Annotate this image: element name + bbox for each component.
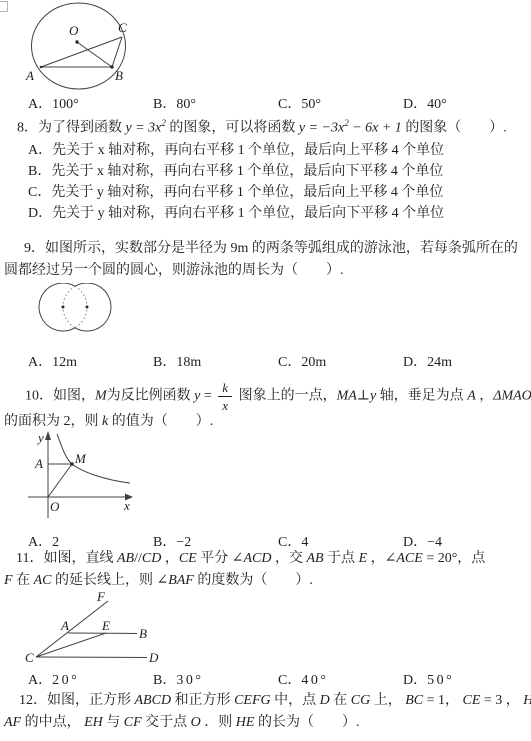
point-A-dot	[40, 66, 43, 69]
text-run: = 3 ，	[480, 693, 523, 708]
text-run: //	[134, 551, 142, 566]
q8-option-d: D．先关于 y 轴对称，再向右平移 1 个单位，最后向下平移 4 个单位	[28, 204, 444, 224]
math-run: CE	[463, 693, 481, 708]
text-run: ．则	[201, 715, 236, 730]
math-run: BAF	[168, 573, 194, 588]
text-run: 平分 ∠	[197, 551, 244, 566]
math-run: E	[359, 551, 368, 566]
left-circle-inner-arc-dotted	[75, 286, 87, 328]
math-run: O	[191, 715, 201, 730]
text-run: 圆都经过另一个圆的圆心，则游泳池的周长为（ ）.	[4, 263, 344, 278]
q10-option-a: A．2	[28, 531, 59, 551]
math-run: AC	[34, 573, 52, 588]
text-run: 12．如图，正方形	[19, 693, 135, 708]
figure-angle-lines: F A E B C D	[25, 591, 165, 666]
math-run: ABCD	[135, 693, 172, 708]
label-C: C	[118, 20, 127, 35]
q10-stem-line2: 的面积为 2，则 k 的值为（ ）.	[4, 412, 213, 432]
text-run: 的长为（ ）.	[254, 715, 359, 730]
figure-hyperbola: y x O A M	[20, 430, 145, 525]
label-A: A	[25, 68, 34, 83]
label-y: y	[36, 430, 44, 445]
point-M-dot	[70, 462, 73, 465]
math-run: F	[4, 573, 13, 588]
math-run: ACE	[396, 551, 422, 566]
label-O: O	[50, 499, 60, 514]
text-run: 在	[13, 573, 34, 588]
math-run: HE	[236, 715, 255, 730]
q12-stem-line1: 12．如图，正方形 ABCD 和正方形 CEFG 中，点 D 在 CG 上， B…	[19, 691, 531, 711]
text-run: = 1，	[423, 693, 462, 708]
line-CD	[36, 657, 147, 658]
math-run: H	[523, 693, 531, 708]
chord-BC	[112, 37, 122, 67]
text-run: ，	[476, 389, 494, 404]
label-A: A	[34, 456, 43, 471]
text-run: 上，	[370, 693, 405, 708]
text-run: 的度数为（ ）.	[194, 573, 313, 588]
math-run: EH	[84, 715, 103, 730]
q7-options-row: A．100° B．80° C．50° D．40°	[0, 93, 531, 113]
ray-CAF	[36, 601, 108, 657]
math-run: MA	[337, 389, 357, 404]
text-run: ⊥	[357, 389, 370, 404]
math-run: ΔMAO	[493, 389, 531, 404]
q10-option-d: D．−4	[403, 531, 442, 551]
text-run: ，交	[271, 551, 306, 566]
segment-CE	[36, 633, 106, 657]
text-run: 11．如图，直线	[16, 551, 117, 566]
text-run: ，∠	[367, 551, 396, 566]
point-B-dot	[110, 65, 113, 68]
q9-options-row: A．12m B．18m C．20m D．24m	[0, 351, 531, 371]
point-O-dot	[75, 40, 78, 43]
line-AB	[68, 633, 137, 634]
circle-outline	[32, 3, 126, 89]
text-run: 和正方形	[171, 693, 234, 708]
q9-stem-line2: 圆都经过另一个圆的圆心，则游泳池的周长为（ ）.	[4, 261, 344, 281]
label-F: F	[96, 591, 106, 604]
text-run: =	[200, 389, 215, 404]
q10-stem-line1: 10．如图，M为反比例函数 y = kx 图象上的一点，MA⊥y 轴，垂足为点 …	[25, 381, 531, 412]
q9-option-c: C．20m	[278, 351, 326, 371]
text-run: ，	[161, 551, 179, 566]
math-run: CF	[124, 715, 142, 730]
text-run: 的值为（ ）.	[108, 414, 213, 429]
q11-options-row: A．20° B．30° C．40° D．50°	[0, 669, 531, 689]
math-run: CG	[351, 693, 370, 708]
text-run: 的中点，	[21, 715, 84, 730]
label-E: E	[101, 618, 110, 633]
left-circle-outer-arc	[39, 283, 75, 331]
text-run: 的两条等弧组成的游泳池，若每条弧所在的	[248, 241, 518, 256]
q8-stem: 8．为了得到函数 y = 3x2 的图象，可以将函数 y = −3x2 − 6x…	[17, 113, 507, 139]
q12-stem-line2: AF 的中点， EH 与 CF 交于点 O ．则 HE 的长为（ ）.	[4, 713, 359, 733]
text-run: 在	[330, 693, 351, 708]
left-center-dot	[62, 306, 65, 309]
label-B: B	[139, 626, 147, 641]
math-run: A	[467, 389, 476, 404]
figure-pool-circles	[36, 283, 116, 335]
label-B: B	[115, 68, 123, 83]
q9-option-d: D．24m	[403, 351, 452, 371]
text-run: 于点	[324, 551, 359, 566]
math-run: BC	[405, 693, 423, 708]
fraction: kx	[218, 381, 232, 412]
text-run: 9．如图所示，实数部分是半径为	[24, 241, 231, 256]
math-run: y = −3x	[299, 121, 344, 136]
label-D: D	[148, 650, 159, 665]
q11-option-c: C．40°	[278, 669, 328, 689]
math-run: AB	[117, 551, 134, 566]
segment-OM	[48, 464, 72, 497]
text-run: 中，点	[271, 693, 320, 708]
label-O: O	[69, 23, 79, 38]
math-run: M	[95, 389, 107, 404]
q9-option-a: A．12m	[28, 351, 77, 371]
math-run: ACD	[243, 551, 271, 566]
q7-option-d: D．40°	[403, 93, 447, 113]
q11-option-b: B．30°	[153, 669, 203, 689]
q7-option-b: B．80°	[153, 93, 196, 113]
right-circle-outer-arc	[75, 283, 111, 331]
text-run: 8．为了得到函数	[17, 121, 126, 136]
figure-circle-chords: O A B C	[0, 0, 170, 95]
exam-page: O A B C A．100° B．80° C．50° D．40° 8．为了得到函…	[0, 0, 531, 741]
text-run: 交于点	[142, 715, 191, 730]
text-run: 的延长线上，则 ∠	[51, 573, 168, 588]
q9-stem-line1: 9．如图所示，实数部分是半径为 9m 的两条等弧组成的游泳池，若每条弧所在的	[24, 239, 518, 259]
y-axis-arrow	[45, 431, 51, 440]
text-run: 为反比例函数	[107, 389, 195, 404]
q10-option-c: C．4	[278, 531, 308, 551]
math-run: 9m	[231, 241, 249, 256]
radius-OB	[77, 42, 112, 67]
text-run: 的面积为 2，则	[4, 414, 102, 429]
label-A: A	[60, 618, 69, 633]
q8-option-a: A．先关于 x 轴对称，再向右平移 1 个单位，最后向上平移 4 个单位	[28, 141, 444, 161]
label-M: M	[74, 451, 87, 466]
q8-option-b: B．先关于 x 轴对称，再向右平移 1 个单位，最后向下平移 4 个单位	[28, 162, 443, 182]
text-run: 的图象，可以将函数	[166, 121, 299, 136]
math-run: CEFG	[234, 693, 271, 708]
text-run: 10．如图，	[25, 389, 95, 404]
text-run: 图象上的一点，	[235, 389, 337, 404]
right-circle-inner-arc-dotted	[63, 286, 75, 328]
text-run: = 20°，点	[423, 551, 486, 566]
text-run: 的图象（ ）.	[402, 121, 507, 136]
math-run: AB	[306, 551, 323, 566]
math-run: AF	[4, 715, 21, 730]
math-run: − 6x + 1	[349, 121, 402, 136]
math-run: CE	[179, 551, 197, 566]
chord-AC	[41, 37, 122, 67]
q11-option-d: D．50°	[403, 669, 454, 689]
q11-stem-line2: F 在 AC 的延长线上，则 ∠BAF 的度数为（ ）.	[4, 571, 313, 591]
right-center-dot	[86, 306, 89, 309]
text-run: 与	[103, 715, 124, 730]
q11-option-a: A．20°	[28, 669, 79, 689]
q8-option-c: C．先关于 y 轴对称，再向右平移 1 个单位，最后向上平移 4 个单位	[28, 183, 443, 203]
math-run: CD	[142, 551, 161, 566]
q10-option-b: B．−2	[153, 531, 191, 551]
hyperbola-curve	[57, 434, 130, 483]
q7-option-a: A．100°	[28, 93, 79, 113]
q10-options-row: A．2 B．−2 C．4 D．−4	[0, 531, 531, 551]
math-run: y = 3x	[126, 121, 162, 136]
math-run: D	[320, 693, 330, 708]
label-x: x	[123, 498, 130, 513]
q7-option-c: C．50°	[278, 93, 321, 113]
q11-stem-line1: 11．如图，直线 AB//CD ，CE 平分 ∠ACD ，交 AB 于点 E ，…	[16, 549, 485, 569]
q9-option-b: B．18m	[153, 351, 201, 371]
label-C: C	[25, 650, 34, 665]
text-run: 轴，垂足为点	[376, 389, 467, 404]
